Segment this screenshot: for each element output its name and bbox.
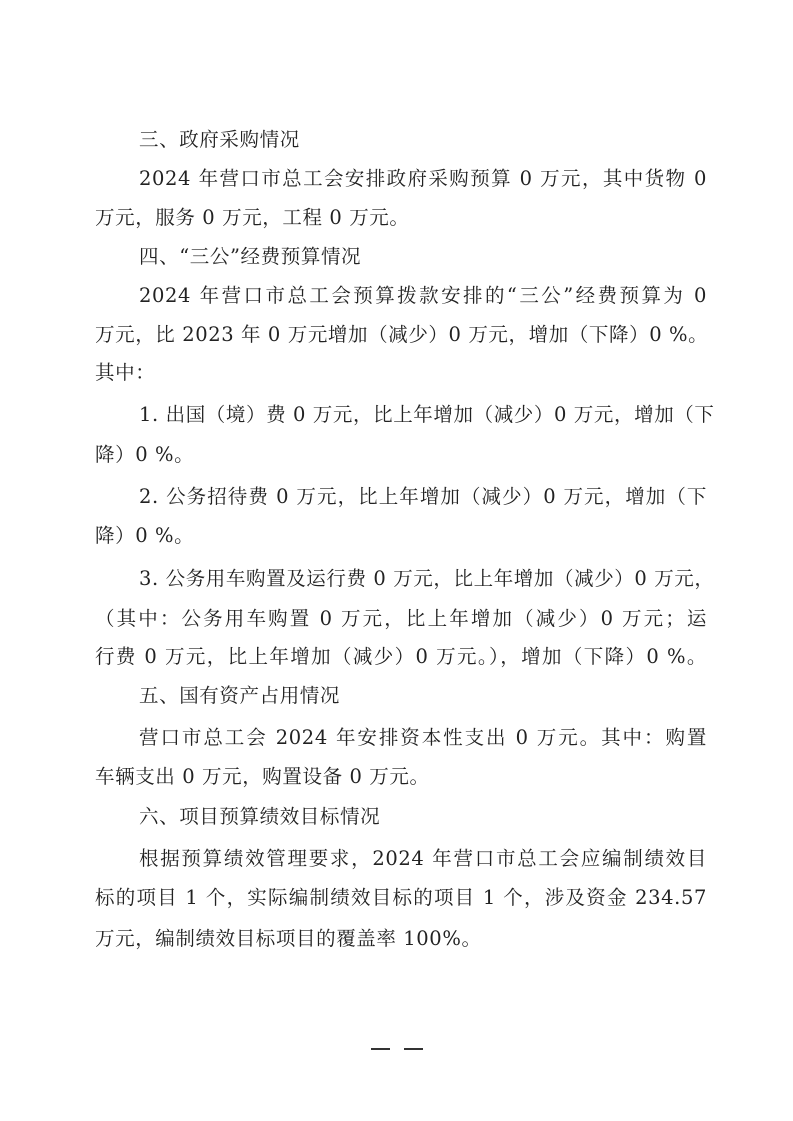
paragraph-line: 其中： <box>95 361 155 385</box>
paragraph-line: 降）0 %。 <box>95 443 194 467</box>
list-item-vehicle-expense: 3. 公务用车购置及运行费 0 万元，比上年增加（减少）0 万元， <box>139 567 707 591</box>
list-item-reception-expense: 2. 公务招待费 0 万元，比上年增加（减少）0 万元，增加（下 <box>139 485 707 509</box>
document-page: 三、政府采购情况 2024 年营口市总工会安排政府采购预算 0 万元，其中货物 … <box>0 0 793 1121</box>
footer-dash-right <box>404 1048 423 1050</box>
paragraph-line: 车辆支出 0 万元，购置设备 0 万元。 <box>95 765 430 789</box>
paragraph-line: （其中：公务用车购置 0 万元，比上年增加（减少）0 万元；运 <box>95 607 707 631</box>
paragraph-line: 降）0 %。 <box>95 524 194 548</box>
section-heading-government-procurement: 三、政府采购情况 <box>139 128 300 152</box>
section-heading-state-assets: 五、国有资产占用情况 <box>139 684 340 708</box>
paragraph-line: 万元，比 2023 年 0 万元增加（减少）0 万元，增加（下降）0 %。 <box>95 323 707 347</box>
paragraph-line: 万元，服务 0 万元，工程 0 万元。 <box>95 206 410 230</box>
paragraph-line: 2024 年营口市总工会安排政府采购预算 0 万元，其中货物 0 <box>139 167 707 191</box>
paragraph-line: 行费 0 万元，比上年增加（减少）0 万元。），增加（下降）0 %。 <box>95 645 707 669</box>
section-heading-three-public-expenses: 四、“三公”经费预算情况 <box>139 245 361 269</box>
page-footer-marker <box>371 1047 423 1051</box>
list-item-overseas-expense: 1. 出国（境）费 0 万元，比上年增加（减少）0 万元，增加（下 <box>139 403 707 427</box>
paragraph-line: 万元，编制绩效目标项目的覆盖率 100%。 <box>95 927 482 951</box>
paragraph-line: 2024 年营口市总工会预算拨款安排的“三公”经费预算为 0 <box>139 284 707 308</box>
section-heading-performance-targets: 六、项目预算绩效目标情况 <box>139 805 380 829</box>
paragraph-line: 营口市总工会 2024 年安排资本性支出 0 万元。其中：购置 <box>139 726 707 750</box>
paragraph-line: 标的项目 1 个，实际编制绩效目标的项目 1 个，涉及资金 234.57 <box>95 886 707 910</box>
paragraph-line: 根据预算绩效管理要求，2024 年营口市总工会应编制绩效目 <box>139 847 707 871</box>
footer-dash-left <box>371 1048 390 1050</box>
